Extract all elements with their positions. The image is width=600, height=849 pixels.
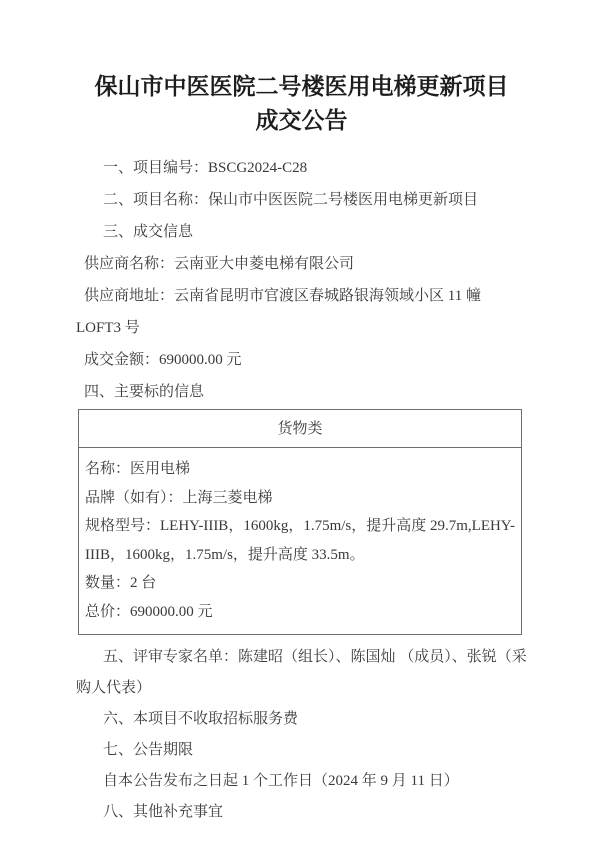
table-row-name: 名称：医用电梯 [85, 455, 515, 484]
document-title-line2: 成交公告 [76, 104, 527, 138]
table-row-quantity: 数量：2 台 [85, 569, 515, 598]
project-number: 一、项目编号：BSCG2024-C28 [76, 152, 527, 184]
no-service-fee: 六、本项目不收取招标服务费 [76, 704, 527, 735]
goods-table-body: 名称：医用电梯 品牌（如有）：上海三菱电梯 规格型号：LEHY-IIIB，160… [79, 448, 521, 634]
table-row-brand: 品牌（如有）：上海三菱电梯 [85, 484, 515, 513]
other-matters-heading: 八、其他补充事宜 [76, 797, 527, 828]
goods-table-header: 货物类 [79, 410, 521, 448]
project-name: 二、项目名称：保山市中医医院二号楼医用电梯更新项目 [76, 184, 527, 216]
deal-amount: 成交金额：690000.00 元 [76, 344, 527, 376]
supplier-name: 供应商名称：云南亚大申菱电梯有限公司 [76, 248, 527, 280]
table-row-total-price: 总价：690000.00 元 [85, 598, 515, 627]
subject-heading: 四、主要标的信息 [76, 376, 527, 408]
goods-table: 货物类 名称：医用电梯 品牌（如有）：上海三菱电梯 规格型号：LEHY-IIIB… [78, 409, 522, 635]
document-title-line1: 保山市中医医院二号楼医用电梯更新项目 [76, 70, 527, 104]
deal-info-section: 一、项目编号：BSCG2024-C28 二、项目名称：保山市中医医院二号楼医用电… [76, 152, 527, 408]
document-page: 保山市中医医院二号楼医用电梯更新项目 成交公告 一、项目编号：BSCG2024-… [0, 0, 600, 849]
notice-period-heading: 七、公告期限 [76, 735, 527, 766]
table-row-spec-model: 规格型号：LEHY-IIIB，1600kg，1.75m/s，提升高度 29.7m… [85, 512, 515, 569]
supplier-address: 供应商地址：云南省昆明市官渡区春城路银海领域小区 11 幢 LOFT3 号 [76, 280, 527, 344]
deal-info-heading: 三、成交信息 [76, 216, 527, 248]
notice-period: 自本公告发布之日起 1 个工作日（2024 年 9 月 11 日） [76, 766, 527, 797]
notice-section: 五、评审专家名单：陈建昭（组长）、陈国灿 （成员）、张锐（采购人代表） 六、本项… [76, 642, 527, 828]
document-title: 保山市中医医院二号楼医用电梯更新项目 成交公告 [76, 70, 527, 138]
expert-list: 五、评审专家名单：陈建昭（组长）、陈国灿 （成员）、张锐（采购人代表） [76, 642, 527, 704]
